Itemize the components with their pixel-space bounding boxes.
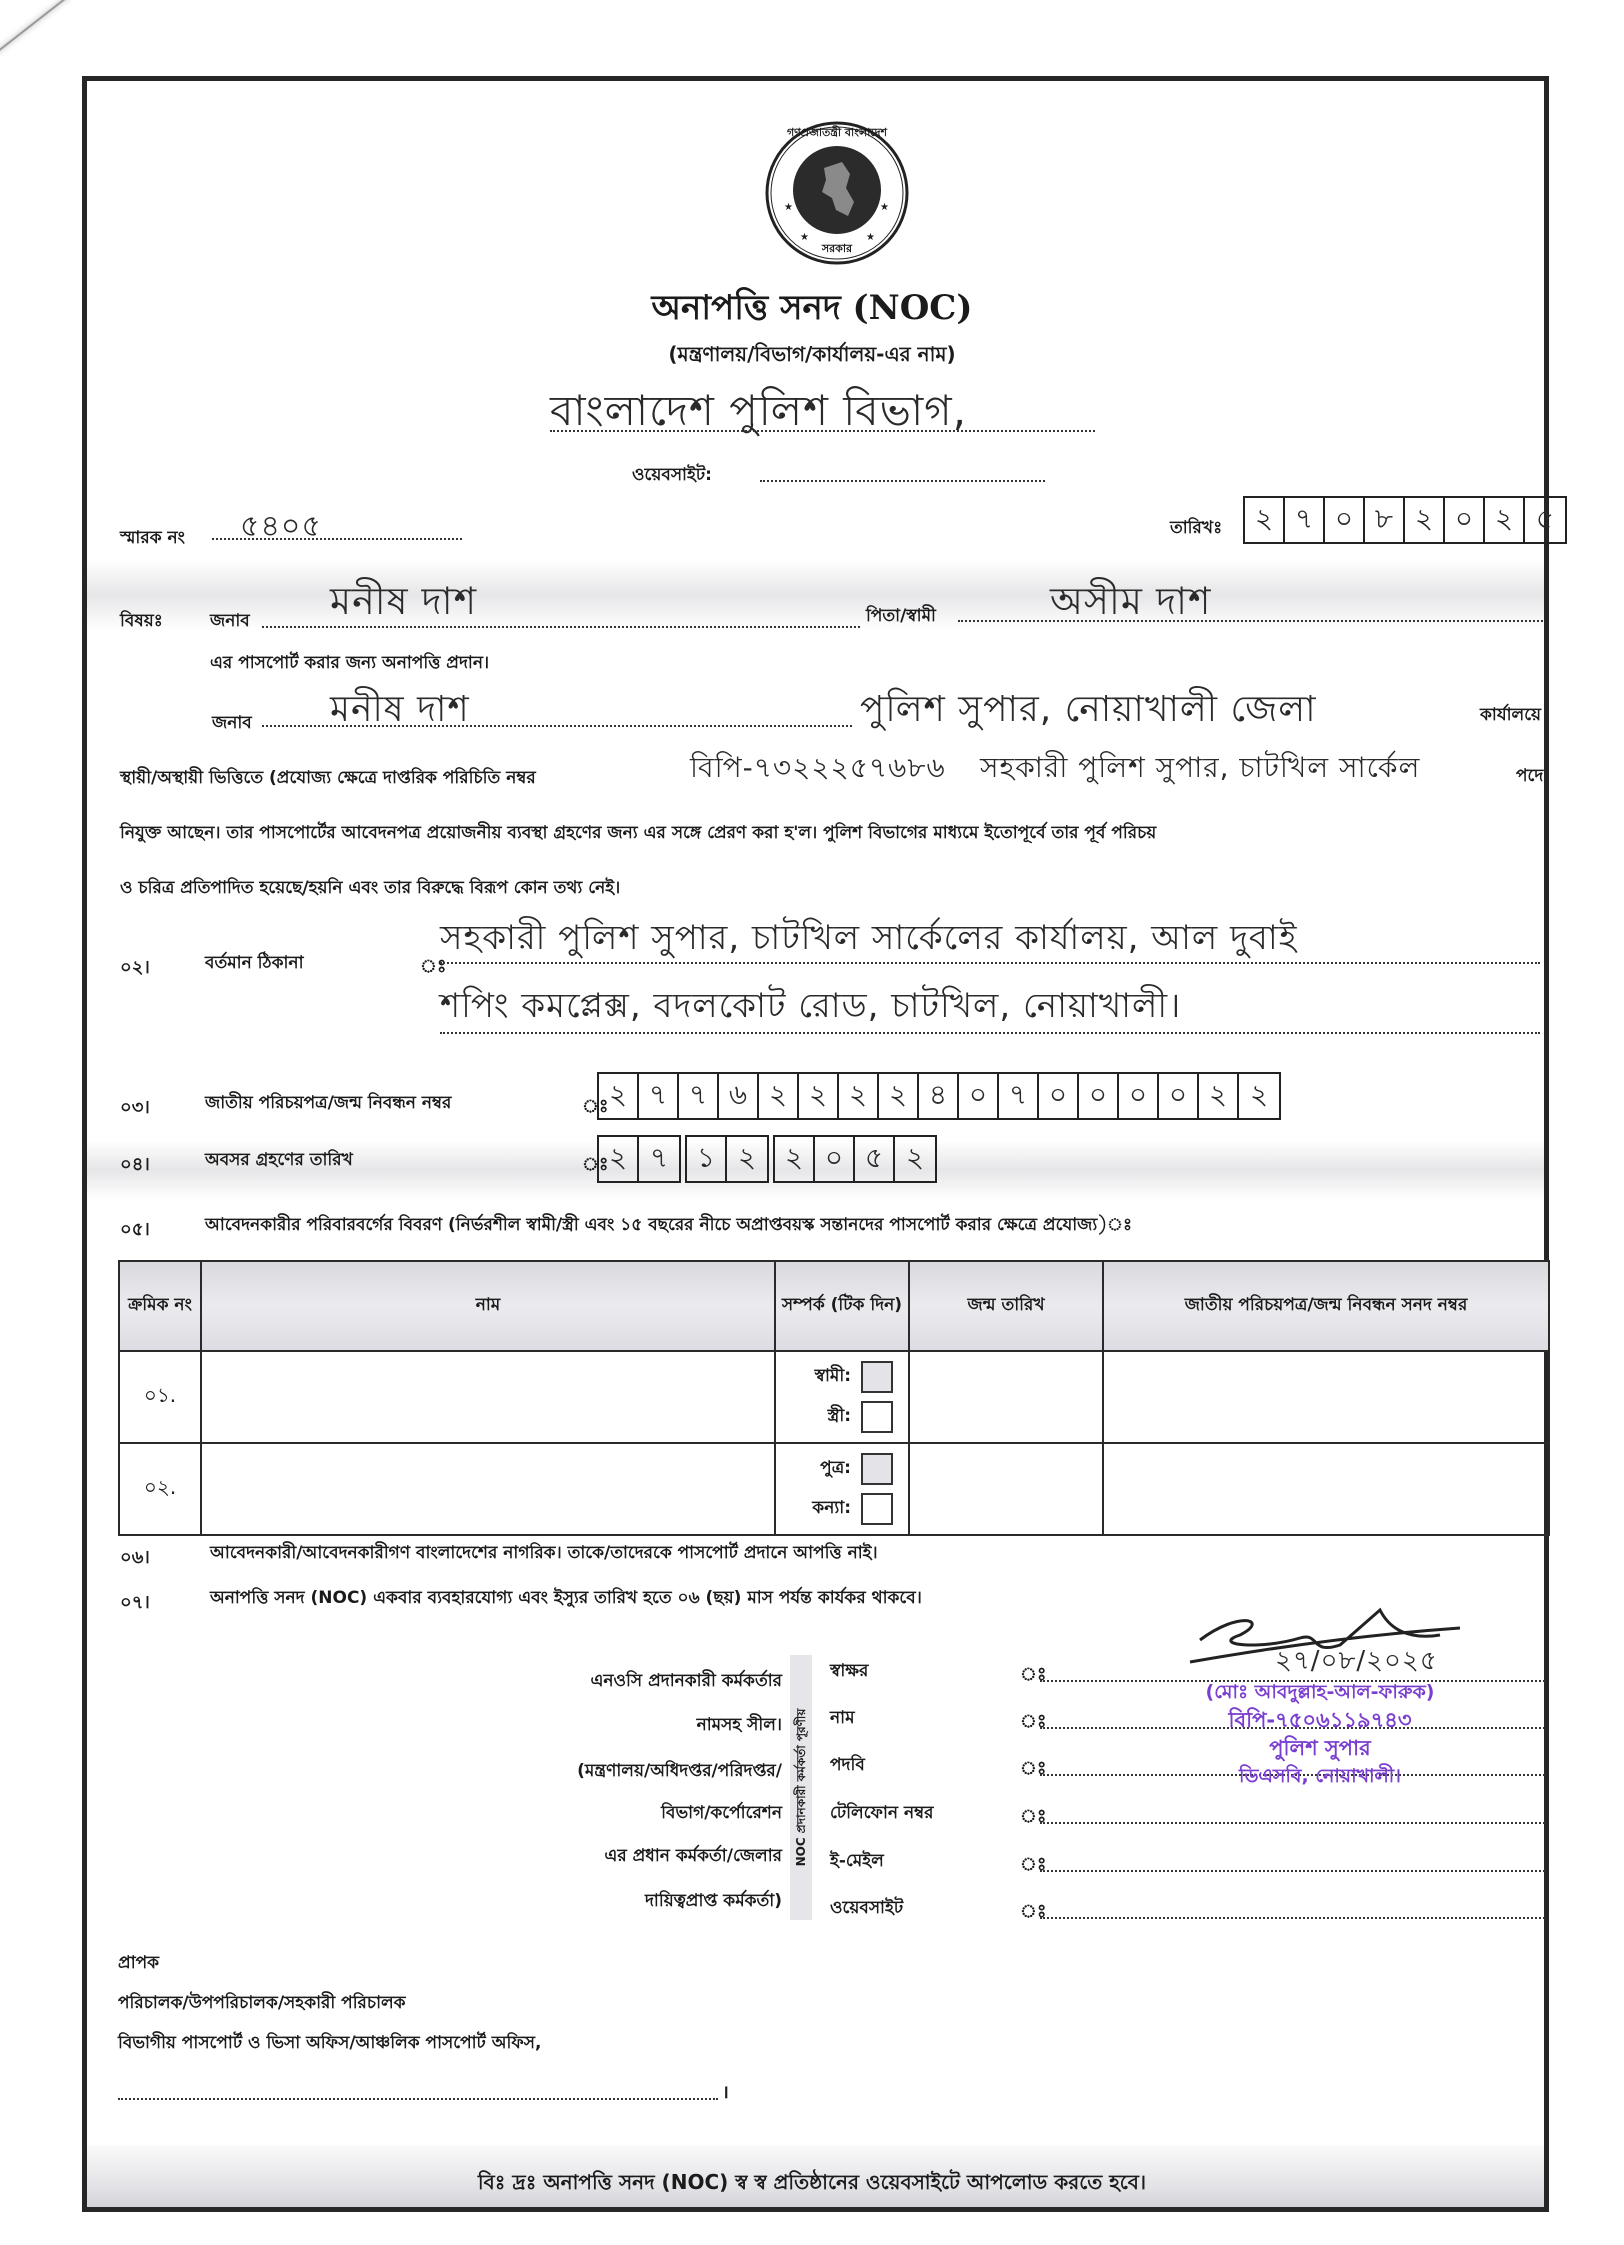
relation-label-wife: স্ত্রী: <box>828 1403 851 1431</box>
nid-digit[interactable]: ২ <box>839 1074 879 1118</box>
col-dob: জন্ম তারিখ <box>909 1261 1103 1351</box>
signatory-field-label: ই-মেইল <box>830 1848 884 1876</box>
checkbox-wife[interactable] <box>861 1401 893 1433</box>
date-digit[interactable]: ৭ <box>1285 498 1325 542</box>
date-digit[interactable]: ০ <box>1325 498 1365 542</box>
recipient-label: প্রাপক <box>118 1950 159 1978</box>
svg-text:★: ★ <box>880 202 889 213</box>
nid-digit[interactable]: ২ <box>759 1074 799 1118</box>
page-subtitle: (মন্ত্রণালয়/বিভাগ/কার্যালয়-এর নাম) <box>0 340 1624 373</box>
recipient-line1: পরিচালক/উপপরিচালক/সহকারী পরিচালক <box>118 1990 406 2018</box>
body-office: পুলিশ সুপার, নোয়াখালী জেলা <box>860 682 1317 742</box>
designation: সহকারী পুলিশ সুপার, চাটখিল সার্কেল <box>980 746 1420 793</box>
retirement-digit[interactable]: ১ <box>687 1137 727 1181</box>
signatory-desc-line: এনওসি প্রদানকারী কর্মকর্তার <box>590 1668 782 1696</box>
date-digit[interactable]: ২ <box>1405 498 1445 542</box>
nid-digit[interactable]: ০ <box>1119 1074 1159 1118</box>
relation-label-daughter: কন্যা: <box>812 1495 851 1523</box>
relation-label-son: পুত্র: <box>820 1455 851 1483</box>
office-name: বাংলাদেশ পুলিশ বিভাগ, <box>550 378 1200 449</box>
table-row: ০১. স্বামী: স্ত্রী: <box>119 1351 1549 1443</box>
subject-janab-label: জনাব <box>210 608 250 636</box>
address-line1: সহকারী পুলিশ সুপার, চাটখিল সার্কেলের কার… <box>440 912 1297 969</box>
nid-digit[interactable]: ২ <box>599 1074 639 1118</box>
row-dob-cell[interactable] <box>909 1443 1103 1535</box>
nid-digit[interactable]: ৪ <box>919 1074 959 1118</box>
signatory-field-label: টেলিফোন নম্বর <box>830 1800 933 1828</box>
date-digit[interactable]: ২ <box>1485 498 1525 542</box>
clause-6-num: ০৬। <box>120 1543 150 1574</box>
stamp-line: বিপি-৭৫০৬১১৯৭৪৩ <box>1170 1706 1470 1734</box>
nid-digit[interactable]: ০ <box>959 1074 999 1118</box>
row-relation-cell: পুত্র: কন্যা: <box>775 1443 909 1535</box>
row-nid-cell[interactable] <box>1103 1443 1549 1535</box>
date-digit[interactable]: ৫ <box>1525 498 1565 542</box>
address-num: ০২। <box>120 953 150 984</box>
signatory-field-input[interactable] <box>1040 1870 1545 1872</box>
body-name-line <box>262 725 852 727</box>
nid-digit[interactable]: ২ <box>1239 1074 1279 1118</box>
memo-line <box>212 538 462 540</box>
memo-number: ৫৪০৫ <box>240 502 322 553</box>
row-nid-cell[interactable] <box>1103 1351 1549 1443</box>
col-serial: ক্রমিক নং <box>119 1261 201 1351</box>
signatory-colon: ঃ <box>1020 1850 1046 1881</box>
signatory-field-input[interactable] <box>1040 1822 1545 1824</box>
footer-note: বিঃ দ্রঃ অনাপত্তি সনদ (NOC) স্ব স্ব প্রত… <box>0 2168 1624 2201</box>
row-serial: ০১. <box>119 1351 201 1443</box>
table-row: ০২. পুত্র: কন্যা: <box>119 1443 1549 1535</box>
vertical-label: NOC প্রদানকারী কর্মকর্তা পূরণীয় <box>790 1655 812 1920</box>
subject-label: বিষয়ঃ <box>120 608 163 636</box>
signatory-field-input[interactable] <box>1040 1917 1545 1919</box>
retirement-digit[interactable]: ২ <box>895 1137 935 1181</box>
recipient-office-field[interactable] <box>118 2098 718 2100</box>
body-office-suffix: কার্যালয়ে <box>1480 702 1541 730</box>
col-relation: সম্পর্ক (টিক দিন) <box>775 1261 909 1351</box>
date-digit[interactable]: ০ <box>1445 498 1485 542</box>
row-name-cell[interactable] <box>201 1443 775 1535</box>
signatory-colon: ঃ <box>1020 1660 1046 1691</box>
signatory-colon: ঃ <box>1020 1707 1046 1738</box>
applicant-name-line <box>262 626 860 628</box>
row-dob-cell[interactable] <box>909 1351 1103 1443</box>
nid-digit[interactable]: ৭ <box>679 1074 719 1118</box>
signatory-desc-line: এর প্রধান কর্মকর্তা/জেলার <box>604 1843 782 1871</box>
stamp-line: পুলিশ সুপার <box>1170 1734 1470 1762</box>
memo-label: স্মারক নং <box>120 525 185 553</box>
clause-7-text: অনাপত্তি সনদ (NOC) একবার ব্যবহারযোগ্য এব… <box>210 1585 922 1613</box>
signatory-field-label: ওয়েবসাইট <box>830 1895 903 1923</box>
family-num: ০৫। <box>120 1215 150 1246</box>
nid-num: ০৩। <box>120 1093 150 1124</box>
signatory-field-label: নাম <box>830 1705 855 1733</box>
nid-digit[interactable]: ৭ <box>639 1074 679 1118</box>
father-name: অসীম দাশ <box>1050 572 1212 636</box>
signatory-colon: ঃ <box>1020 1802 1046 1833</box>
stamp-line: ডিএসবি, নোয়াখালী। <box>1170 1762 1470 1790</box>
retirement-digit[interactable]: ৫ <box>855 1137 895 1181</box>
retirement-year-boxes[interactable]: ২০৫২ <box>773 1135 937 1183</box>
issue-date-boxes[interactable]: ২৭০৮২০২৫ <box>1243 496 1567 544</box>
retirement-digit[interactable]: ২ <box>727 1137 767 1181</box>
body-line2-suffix: পদে <box>1516 763 1543 791</box>
stamp-line: (মোঃ আবদুল্লাহ-আল-ফারুক) <box>1170 1678 1470 1706</box>
address-line1-dots <box>440 962 1540 964</box>
recipient-end-mark: । <box>722 2080 729 2104</box>
checkbox-husband[interactable] <box>861 1361 893 1393</box>
address-line2-dots <box>440 1032 1540 1034</box>
retirement-digit[interactable]: ৭ <box>639 1137 679 1181</box>
signatory-desc-line: দায়িত্বপ্রাপ্ত কর্মকর্তা) <box>645 1888 782 1916</box>
page-title: অনাপত্তি সনদ (NOC) <box>0 282 1624 339</box>
nid-digit[interactable]: ২ <box>799 1074 839 1118</box>
nid-digit[interactable]: ৭ <box>999 1074 1039 1118</box>
row-relation-cell: স্বামী: স্ত্রী: <box>775 1351 909 1443</box>
retirement-month-boxes[interactable]: ১২ <box>685 1135 769 1183</box>
nid-digit[interactable]: ০ <box>1079 1074 1119 1118</box>
nid-digit-boxes[interactable]: ২৭৭৬২২২২৪০৭০০০০২২ <box>597 1072 1281 1120</box>
col-nid: জাতীয় পরিচয়পত্র/জন্ম নিবন্ধন সনদ নম্বর <box>1103 1261 1549 1351</box>
checkbox-son[interactable] <box>861 1453 893 1485</box>
retirement-digit[interactable]: ০ <box>815 1137 855 1181</box>
office-name-line <box>550 430 1095 432</box>
retirement-day-boxes[interactable]: ২৭ <box>597 1135 681 1183</box>
family-heading: আবেদনকারীর পরিবারবর্গের বিবরণ (নির্ভরশীল… <box>205 1212 1132 1240</box>
nid-digit[interactable]: ০ <box>1159 1074 1199 1118</box>
body-name: মনীষ দাশ <box>330 682 470 742</box>
body-janab-label: জনাব <box>212 710 252 738</box>
seal-text-top: গণপ্রজাতন্ত্রী বাংলাদেশ <box>760 124 914 143</box>
signatory-field-label: স্বাক্ষর <box>830 1658 868 1686</box>
date-label: তারিখঃ <box>1170 515 1222 543</box>
address-line2: শপিং কমপ্লেক্স, বদলকোট রোড, চাটখিল, নোয়… <box>440 980 1181 1037</box>
purpose-line: এর পাসপোর্ট করার জন্য অনাপত্তি প্রদান। <box>210 650 489 678</box>
father-label: পিতা/স্বামী <box>866 603 936 631</box>
retirement-digit[interactable]: ২ <box>775 1137 815 1181</box>
recipient-line2: বিভাগীয় পাসপোর্ট ও ভিসা অফিস/আঞ্চলিক পা… <box>118 2030 541 2058</box>
nid-digit[interactable]: ২ <box>1199 1074 1239 1118</box>
relation-label-husband: স্বামী: <box>815 1363 851 1391</box>
retirement-digit[interactable]: ২ <box>599 1137 639 1181</box>
signatory-colon: ঃ <box>1020 1897 1046 1928</box>
clause-7-num: ০৭। <box>120 1588 150 1619</box>
signatory-desc-line: (মন্ত্রণালয়/অধিদপ্তর/পরিদপ্তর/ <box>577 1758 782 1786</box>
signatory-desc-line: বিভাগ/কর্পোরেশন <box>661 1800 782 1828</box>
row-serial: ০২. <box>119 1443 201 1535</box>
body-line4: ও চরিত্র প্রতিপাদিত হয়েছে/হয়নি এবং তার… <box>120 875 620 903</box>
clause-6-text: আবেদনকারী/আবেদনকারীগণ বাংলাদেশের নাগরিক।… <box>210 1540 878 1568</box>
retirement-date-boxes[interactable]: ২৭১২২০৫২ <box>597 1135 937 1183</box>
website-label: ওয়েবসাইট: <box>632 462 712 490</box>
row-name-cell[interactable] <box>201 1351 775 1443</box>
svg-text:★: ★ <box>784 202 793 213</box>
nid-digit[interactable]: ২ <box>879 1074 919 1118</box>
date-digit[interactable]: ২ <box>1245 498 1285 542</box>
body-line3: নিযুক্ত আছেন। তার পাসপোর্টের আবেদনপত্র প… <box>120 820 1550 848</box>
family-table: ক্রমিক নং নাম সম্পর্ক (টিক দিন) জন্ম তার… <box>118 1260 1550 1536</box>
signatory-field-label: পদবি <box>830 1752 865 1780</box>
address-label: বর্তমান ঠিকানা <box>205 950 304 978</box>
retirement-num: ০৪। <box>120 1150 150 1181</box>
col-name: নাম <box>201 1261 775 1351</box>
nid-digit[interactable]: ০ <box>1039 1074 1079 1118</box>
signatory-desc-line: নামসহ সীল। <box>697 1712 782 1740</box>
official-id-number: বিপি-৭৩২২২৫৭৬৮৬ <box>690 746 946 793</box>
official-stamp: (মোঃ আবদুল্লাহ-আল-ফারুক)বিপি-৭৫০৬১১৯৭৪৩প… <box>1170 1678 1470 1790</box>
body-line2-prefix: স্থায়ী/অস্থায়ী ভিত্তিতে (প্রযোজ্য ক্ষে… <box>120 765 536 793</box>
seal-text-bottom: সরকার <box>760 240 914 259</box>
website-field[interactable] <box>760 480 1045 482</box>
nid-label: জাতীয় পরিচয়পত্র/জন্ম নিবন্ধন নম্বর <box>205 1090 451 1118</box>
checkbox-daughter[interactable] <box>861 1493 893 1525</box>
father-name-line <box>958 620 1543 622</box>
nid-digit[interactable]: ৬ <box>719 1074 759 1118</box>
retirement-label: অবসর গ্রহণের তারিখ <box>205 1147 353 1175</box>
date-digit[interactable]: ৮ <box>1365 498 1405 542</box>
signatory-colon: ঃ <box>1020 1754 1046 1785</box>
